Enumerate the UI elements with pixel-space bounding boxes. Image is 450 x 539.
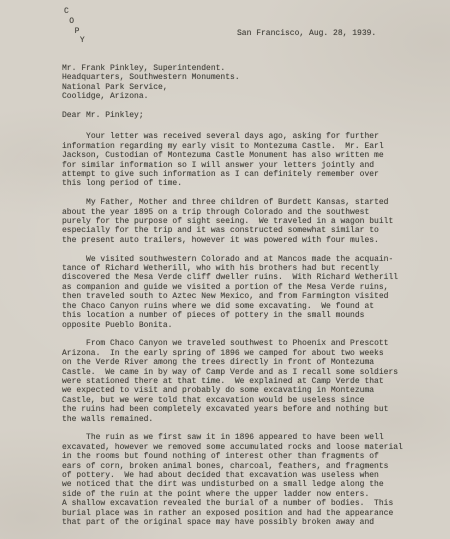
dateline: San Francisco, Aug. 28, 1939.: [237, 29, 376, 38]
paragraph-3: We visited southwestern Colorado and at …: [62, 255, 414, 330]
salutation: Dear Mr. Pinkley;: [62, 111, 414, 120]
recipient-line-name: Mr. Frank Pinkley, Superintendent.: [62, 64, 414, 73]
copy-stamp: C O P Y: [64, 7, 85, 46]
recipient-line-agency: National Park Service,: [62, 83, 414, 92]
recipient-address: Mr. Frank Pinkley, Superintendent. Headq…: [62, 64, 414, 102]
paragraph-4: From Chaco Canyon we traveled southwest …: [62, 339, 414, 424]
letter-body: Mr. Frank Pinkley, Superintendent. Headq…: [62, 64, 414, 527]
recipient-line-city: Coolidge, Arizona.: [62, 92, 414, 101]
paragraph-1: Your letter was received several days ag…: [62, 132, 414, 188]
recipient-line-org: Headquarters, Southwestern Monuments.: [62, 73, 414, 82]
letter-page: C O P Y San Francisco, Aug. 28, 1939. Mr…: [0, 0, 450, 539]
paragraph-5: The ruin as we first saw it in 1896 appe…: [62, 433, 414, 527]
paragraph-2: My Father, Mother and three children of …: [62, 198, 414, 245]
